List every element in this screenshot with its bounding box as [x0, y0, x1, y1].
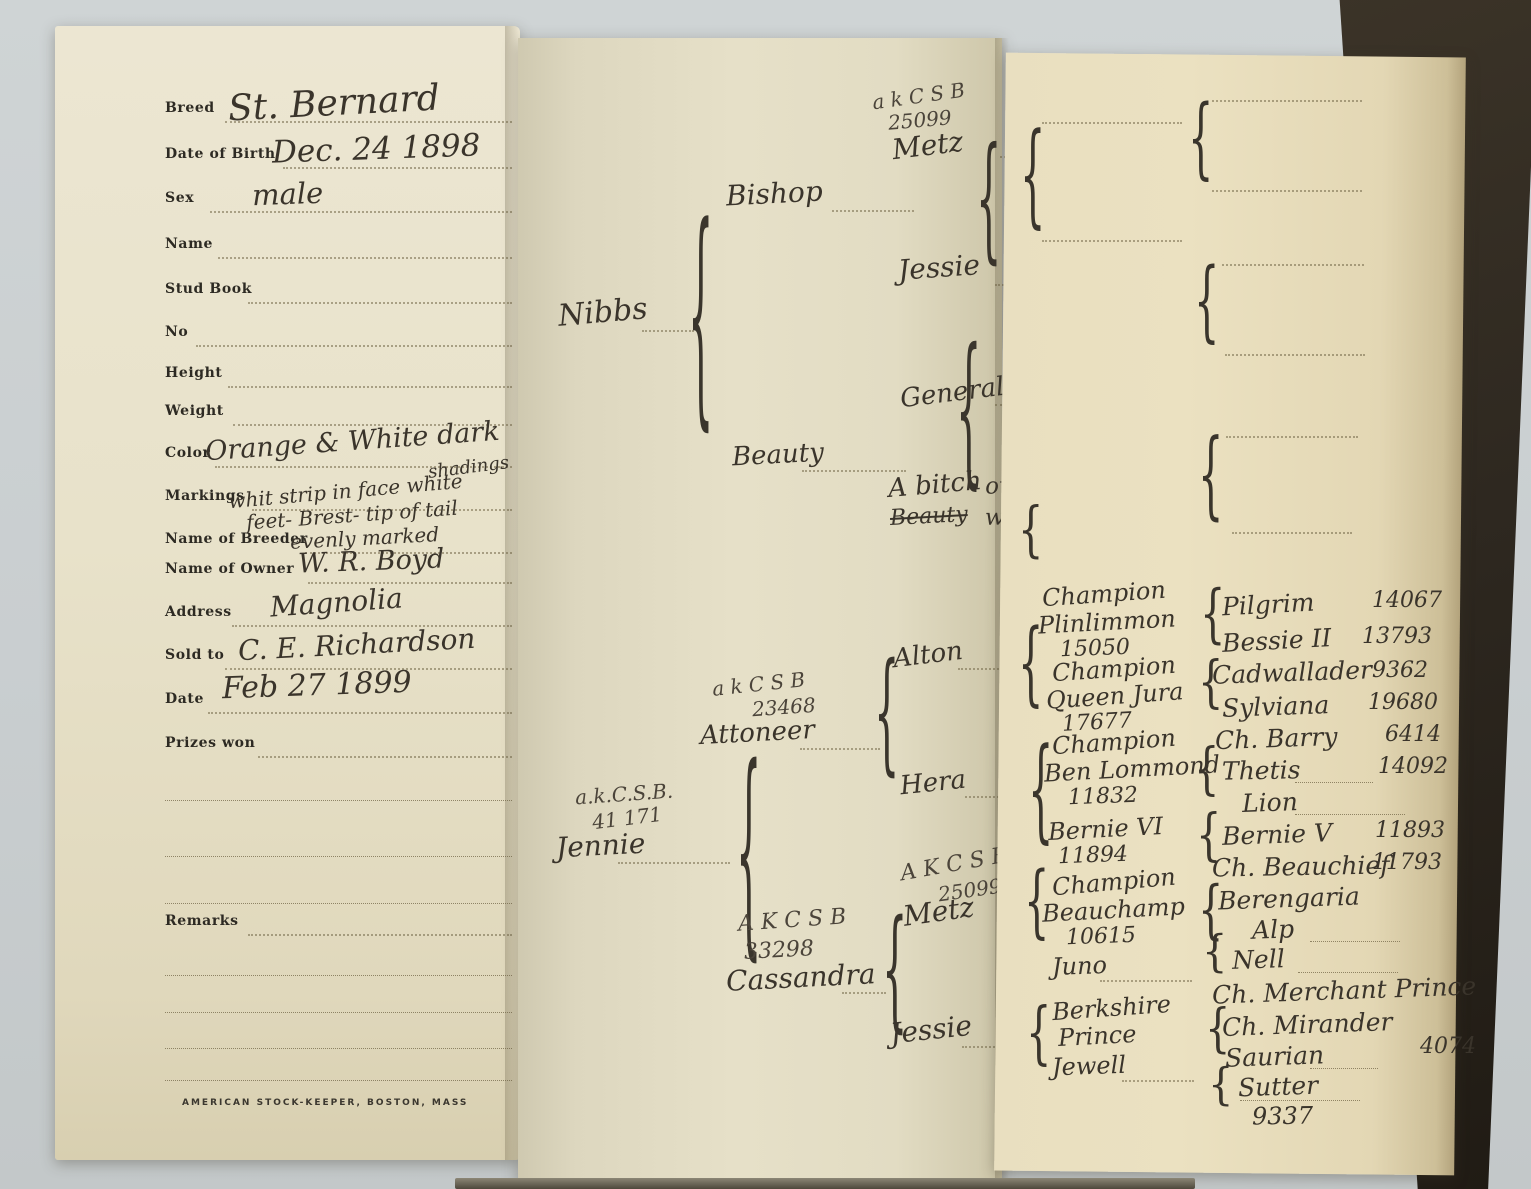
sire-name: Nibbs — [557, 294, 649, 332]
dotted-line — [1310, 941, 1400, 942]
dam-name: Jennie — [555, 830, 646, 863]
gen4-beauchamp-no: 10615 — [1066, 925, 1137, 949]
gen5-chbarry: Ch. Barry — [1215, 724, 1338, 753]
gen5-thetis-no: 14092 — [1378, 756, 1448, 778]
gen3-jessie: Jessie — [897, 251, 981, 285]
dotted-line — [1298, 972, 1398, 973]
gen3-bitch: A bitch — [887, 468, 983, 502]
field-label-no: No — [165, 324, 188, 340]
gen4-plinlimmon-l2: Plinlimmon — [1037, 606, 1176, 637]
gen4-jewell: Jewell — [1052, 1053, 1127, 1080]
page-edge-shade — [505, 26, 519, 1160]
dotted-line — [258, 756, 512, 758]
dotted-line — [800, 748, 880, 750]
gen4-bernievi-name: Bernie VI — [1047, 814, 1163, 844]
brace-gen4: { — [1026, 1000, 1051, 1068]
field-label-dob: Date of Birth — [165, 146, 276, 162]
field-label-owner: Name of Owner — [165, 561, 294, 577]
dotted-line — [248, 302, 512, 304]
pedigree-document-photo: Breed Date of Birth Sex Name Stud Book N… — [0, 0, 1531, 1189]
field-label-date: Date — [165, 691, 204, 707]
gen5-sutter: Sutter — [1238, 1073, 1319, 1101]
dotted-line — [1042, 240, 1182, 242]
dob-value: Dec. 24 1898 — [272, 130, 481, 168]
dotted-line — [248, 934, 512, 936]
dotted-line — [1295, 814, 1405, 815]
gen4-berkshire-l2: Prince — [1057, 1022, 1137, 1050]
field-label-breeder: Name of Breeder — [165, 531, 308, 547]
gen5-berniev-no: 11893 — [1375, 820, 1445, 842]
gen5-sylviana: Sylviana — [1222, 692, 1330, 721]
dotted-line — [208, 712, 512, 714]
brace-gen5: { — [1194, 742, 1219, 798]
gen3-bitch-struck-word: Beauty — [889, 504, 968, 530]
gen5-mirander: Ch. Mirander — [1222, 1009, 1393, 1040]
field-label-height: Height — [165, 365, 223, 381]
brace-gen4: { — [1024, 862, 1049, 942]
dotted-line — [165, 1048, 512, 1049]
dotted-line — [218, 257, 512, 259]
gen5-cadwallader-no: 9362 — [1372, 660, 1428, 682]
dotted-line — [308, 582, 512, 584]
dotted-line — [1295, 782, 1373, 783]
dotted-line — [1232, 532, 1352, 534]
owner-value: W. R. Boyd — [298, 545, 445, 577]
brace-sire: { — [688, 200, 713, 436]
dotted-line — [165, 975, 512, 976]
dotted-line — [165, 1080, 512, 1081]
gen5-saurian-no: 4074 — [1420, 1036, 1476, 1058]
date-value: Feb 27 1899 — [222, 668, 413, 705]
brace-bishop: { — [976, 132, 1001, 268]
field-label-remarks: Remarks — [165, 913, 239, 929]
dotted-line — [832, 210, 914, 212]
gen5-bessie: Bessie II — [1221, 625, 1331, 656]
dotted-line — [1212, 100, 1362, 102]
dotted-line — [1225, 354, 1365, 356]
gen5-berniev: Bernie V — [1222, 820, 1333, 849]
dotted-line — [1122, 1080, 1194, 1082]
field-label-sex: Sex — [165, 190, 194, 206]
printer-imprint: AMERICAN STOCK-KEEPER, BOSTON, MASS — [182, 1098, 468, 1108]
dotted-line — [165, 1012, 512, 1013]
dotted-line — [1042, 122, 1182, 124]
dotted-line — [642, 330, 694, 332]
gen5-lion: Lion — [1242, 789, 1299, 816]
sex-value: male — [252, 179, 324, 210]
dotted-line — [165, 800, 512, 801]
gen4-bernievi-no: 11894 — [1058, 844, 1129, 868]
gen5-nell: Nell — [1232, 946, 1286, 973]
field-label-color: Color — [165, 445, 211, 461]
dotted-line — [618, 862, 730, 864]
field-label-breed: Breed — [165, 100, 215, 116]
gen5-chbarry-no: 6414 — [1385, 724, 1441, 746]
gen5-pilgrim-no: 14067 — [1372, 590, 1442, 612]
brace-empty: { — [1188, 95, 1213, 183]
brace-empty: { — [1018, 500, 1043, 560]
gen4-benlommond-no: 11832 — [1068, 785, 1139, 809]
gen3-metz: Metz — [891, 128, 965, 164]
brace-gen5: { — [1202, 930, 1227, 974]
brace-gen5: { — [1198, 655, 1223, 711]
brace-gen4: { — [1018, 618, 1043, 710]
dotted-line — [1100, 980, 1192, 982]
dotted-line — [228, 386, 512, 388]
gen5-beauchief: Ch. Beauchief — [1212, 852, 1390, 880]
gen5-alp: Alp — [1252, 916, 1295, 942]
brace-gen5: { — [1208, 1063, 1233, 1107]
gen5-pilgrim: Pilgrim — [1221, 590, 1315, 620]
gen2-attoneer: Attoneer — [699, 717, 815, 749]
dotted-line — [165, 856, 512, 857]
dotted-line — [165, 903, 512, 904]
field-label-name: Name — [165, 236, 213, 252]
brace-empty: { — [1194, 258, 1219, 346]
dotted-line — [1212, 190, 1362, 192]
gen5-thetis: Thetis — [1222, 757, 1301, 783]
field-label-stud-book: Stud Book — [165, 281, 252, 297]
dotted-line — [842, 992, 886, 994]
gen5-beauchief-no: 11793 — [1372, 852, 1442, 874]
dotted-line — [1226, 436, 1358, 438]
gen2-cassandra: Cassandra — [725, 960, 876, 996]
gen5-berengaria: Berengaria — [1218, 884, 1361, 914]
gen5-bessie-no: 13793 — [1362, 626, 1432, 648]
field-label-weight: Weight — [165, 403, 224, 419]
dotted-line — [196, 345, 512, 347]
brace-empty: { — [1198, 428, 1223, 524]
gen4-beauchamp-l2: Beauchamp — [1041, 894, 1185, 925]
gen5-sutter-no: 9337 — [1252, 1103, 1313, 1128]
field-label-sold-to: Sold to — [165, 647, 224, 663]
gen3-hera: Hera — [899, 767, 967, 800]
dotted-line — [802, 470, 906, 472]
dotted-line — [1310, 1068, 1378, 1069]
gen5-cadwallader: Cadwallader — [1212, 657, 1373, 688]
dotted-line — [1222, 264, 1364, 266]
gen5-saurian: Saurian — [1225, 1042, 1325, 1070]
gen3-jessie2: Jessie — [889, 1012, 974, 1048]
paper-bottom-shadow — [455, 1178, 1195, 1189]
brace-empty: { — [1020, 120, 1045, 232]
gen4-juno: Juno — [1052, 953, 1108, 979]
gen2-bishop: Bishop — [725, 177, 823, 210]
gen2-beauty: Beauty — [731, 440, 824, 471]
field-label-prizes: Prizes won — [165, 735, 255, 751]
field-label-address: Address — [165, 604, 232, 620]
gen5-sylviana-no: 19680 — [1368, 692, 1438, 714]
